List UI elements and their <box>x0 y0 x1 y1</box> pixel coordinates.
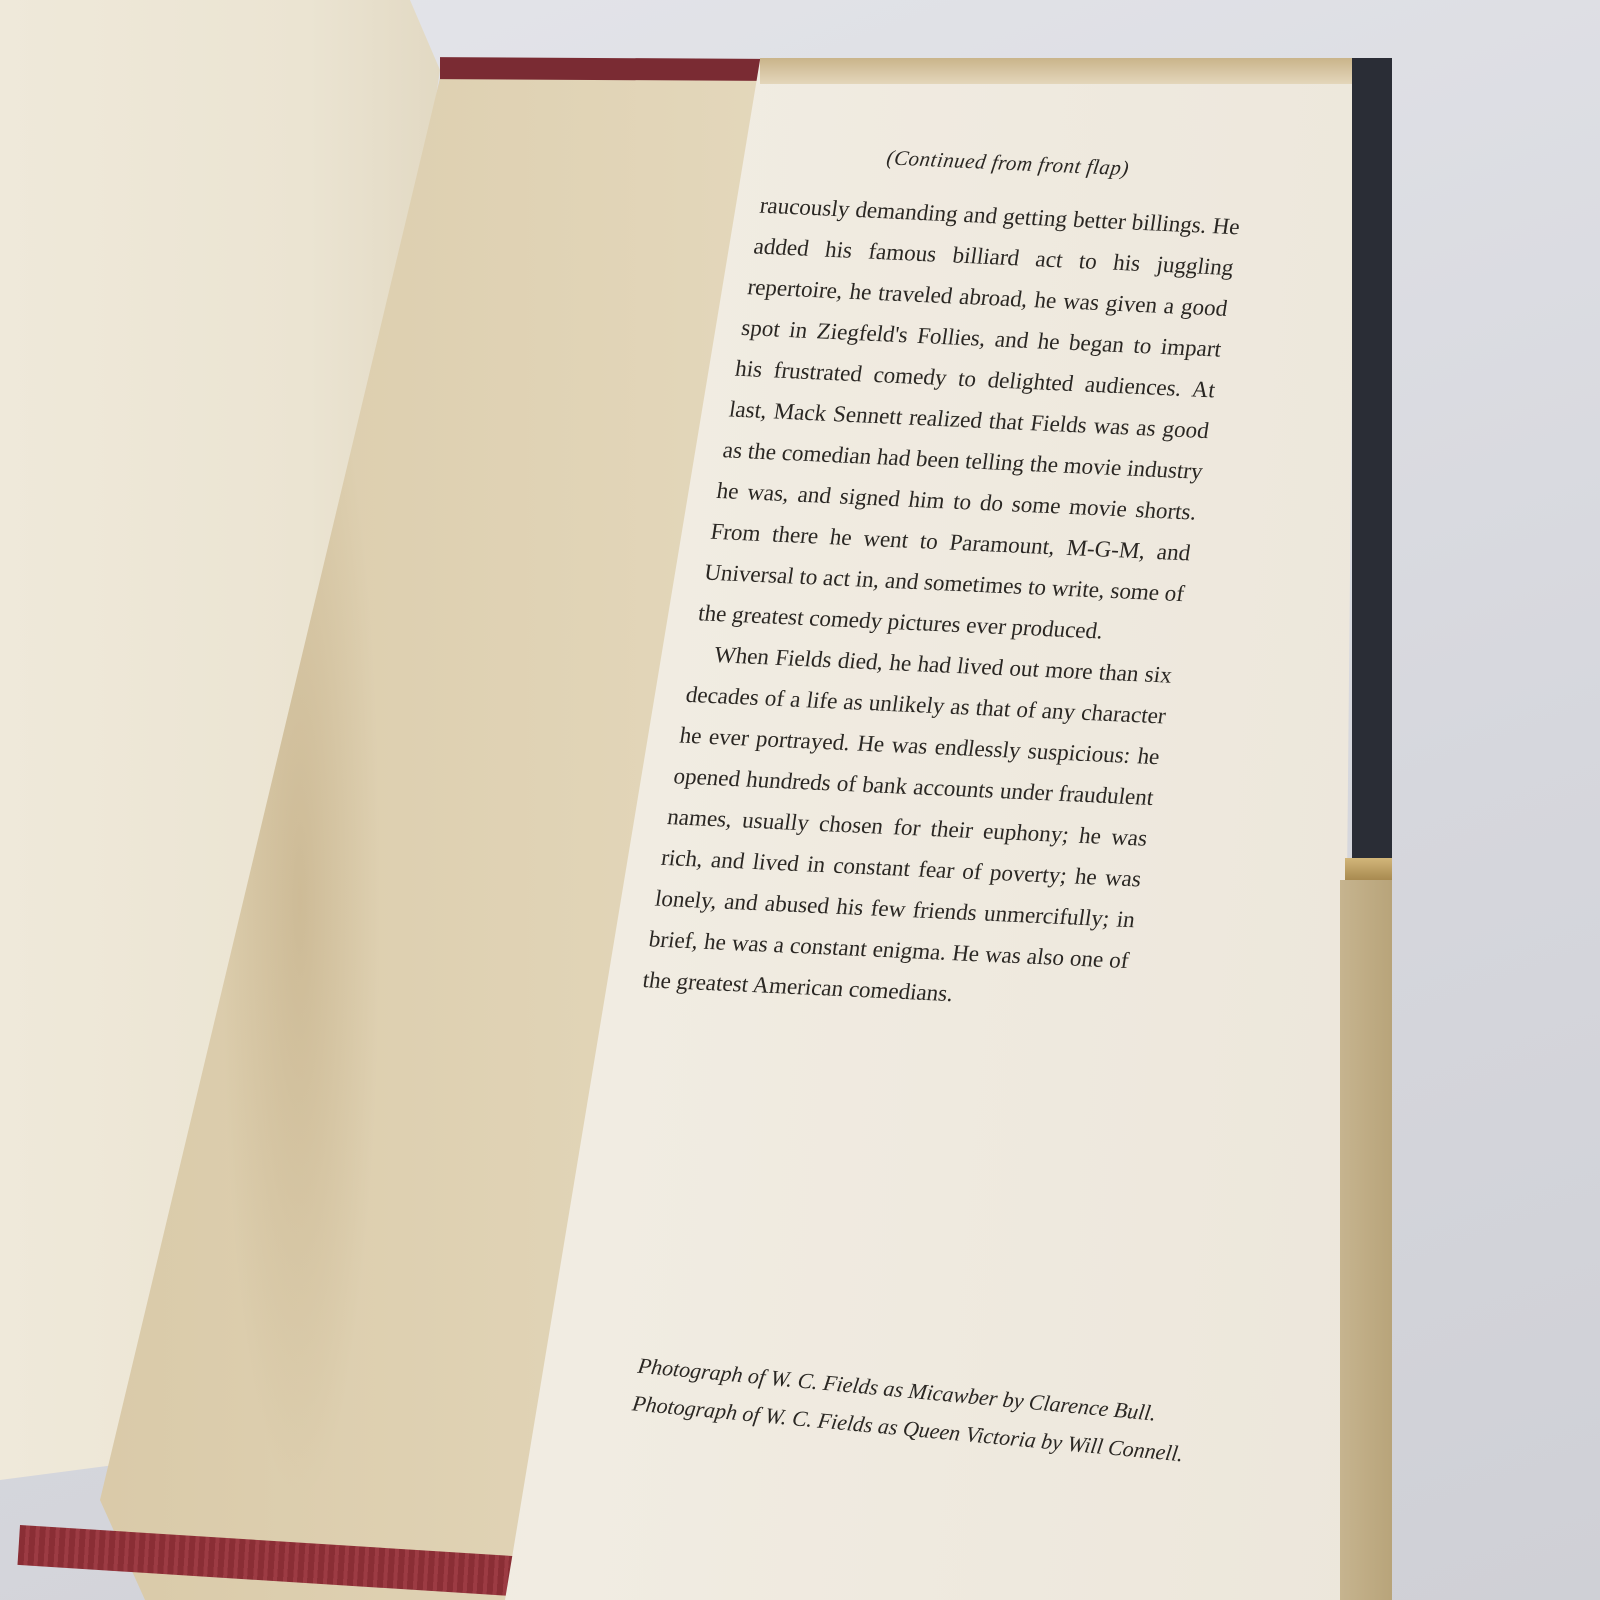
board-cloth-top-edge <box>440 57 760 81</box>
jacket-spine-dark <box>1352 58 1392 858</box>
jacket-spine-tan <box>1340 880 1392 1600</box>
flap-paragraph-1: raucously demanding and getting better b… <box>695 185 1242 655</box>
flap-paragraph-2: When Fields died, he had lived out more … <box>640 633 1175 1022</box>
jacket-flap-top-edge <box>760 58 1355 84</box>
jacket-spine-band <box>1345 858 1392 880</box>
